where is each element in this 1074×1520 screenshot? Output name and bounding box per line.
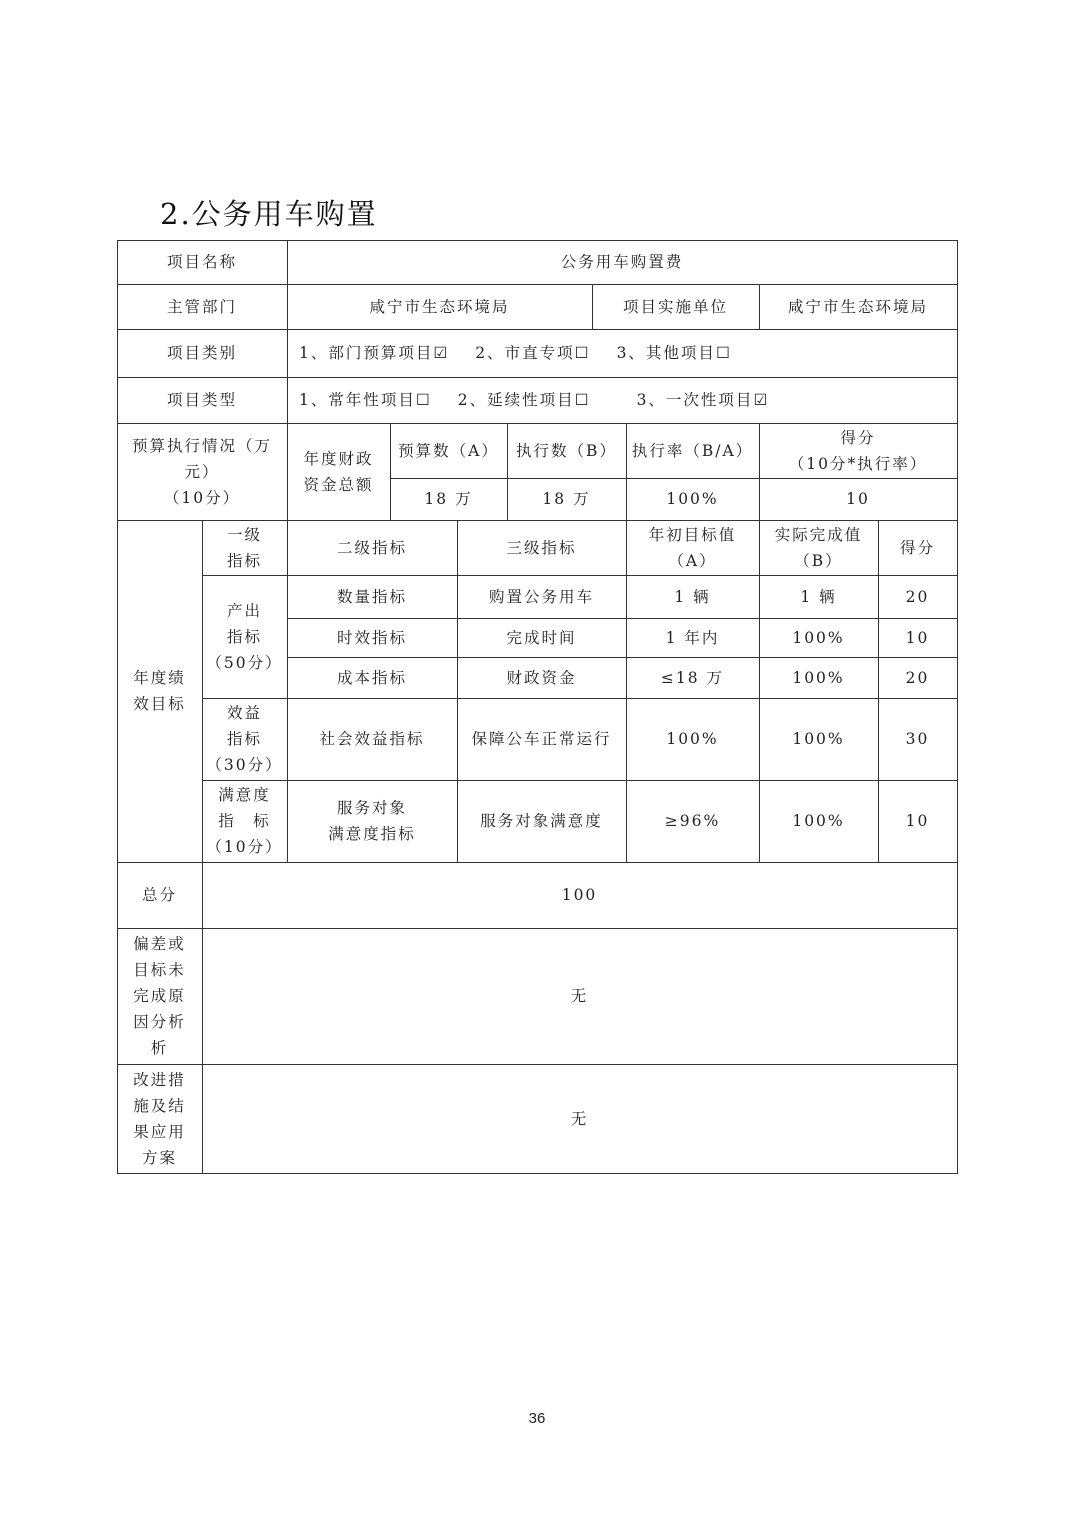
annual-performance-label: 年度绩 效目标: [117, 520, 202, 862]
type-option-one-time: 3、一次性项目☑: [637, 387, 770, 413]
execution-rate-header: 执行率（B/A）: [626, 423, 759, 478]
level3-header: 三级指标: [457, 520, 626, 575]
total-score-value: 100: [202, 862, 957, 928]
annual-fund-label: 年度财政 资金总额: [287, 423, 390, 520]
actual-value-header: 实际完成值 （B）: [759, 520, 878, 575]
level2-header: 二级指标: [287, 520, 457, 575]
impl-unit-label: 项目实施单位: [592, 284, 759, 329]
table-row-score: 10: [878, 618, 957, 657]
table-row-target: 1 辆: [626, 575, 759, 618]
score-header: 得分: [878, 520, 957, 575]
table-row-level2: 社会效益指标: [287, 698, 457, 780]
page-number: 36: [0, 1410, 1074, 1427]
checkbox-unchecked-icon: ☐: [575, 344, 591, 362]
improvement-plan-value: 无: [202, 1064, 957, 1173]
table-row-score: 20: [878, 575, 957, 618]
dept-label: 主管部门: [117, 284, 287, 329]
section-title: 2.公务用车购置: [160, 192, 378, 233]
execution-rate-value: 100%: [626, 478, 759, 520]
total-score-label: 总分: [117, 862, 202, 928]
deviation-analysis-value: 无: [202, 928, 957, 1064]
category-option-city-special: 2、市直专项☐: [475, 340, 590, 366]
table-row-score: 20: [878, 657, 957, 698]
deviation-analysis-label: 偏差或 目标未 完成原 因分析 析: [117, 928, 202, 1064]
budget-execution-label: 预算执行情况（万 元） （10分）: [117, 423, 287, 520]
checkbox-unchecked-icon: ☐: [416, 391, 432, 409]
budget-score-value: 10: [759, 478, 957, 520]
category-options: 1、部门预算项目☑ 2、市直专项☐ 3、其他项目☐: [287, 329, 957, 377]
benefit-indicator-group: 效益 指标 （30分）: [202, 698, 287, 780]
table-row-actual: 100%: [759, 618, 878, 657]
executed-amount-value: 18 万: [507, 478, 626, 520]
checkbox-checked-icon: ☑: [433, 344, 449, 362]
project-name-value: 公务用车购置费: [287, 240, 957, 284]
table-row-level2: 服务对象 满意度指标: [287, 780, 457, 862]
target-value-header: 年初目标值 （A）: [626, 520, 759, 575]
type-option-recurring: 1、常年性项目☐: [299, 387, 432, 413]
table-row-level2: 成本指标: [287, 657, 457, 698]
table-row-actual: 100%: [759, 698, 878, 780]
budget-amount-header: 预算数（A）: [390, 423, 507, 478]
table-row-score: 10: [878, 780, 957, 862]
category-label: 项目类别: [117, 329, 287, 377]
type-options: 1、常年性项目☐ 2、延续性项目☐ 3、一次性项目☑: [287, 377, 957, 423]
level1-header: 一级 指标: [202, 520, 287, 575]
category-option-dept-budget: 1、部门预算项目☑: [299, 340, 449, 366]
table-row-actual: 100%: [759, 657, 878, 698]
executed-amount-header: 执行数（B）: [507, 423, 626, 478]
table-row-level3: 完成时间: [457, 618, 626, 657]
table-row-target: ≤18 万: [626, 657, 759, 698]
checkbox-checked-icon: ☑: [753, 391, 769, 409]
table-row-score: 30: [878, 698, 957, 780]
impl-unit-value: 咸宁市生态环境局: [759, 284, 957, 329]
type-option-continuing: 2、延续性项目☐: [458, 387, 591, 413]
checkbox-unchecked-icon: ☐: [575, 391, 591, 409]
table-row-target: 1 年内: [626, 618, 759, 657]
table-row-target: ≥96%: [626, 780, 759, 862]
budget-amount-value: 18 万: [390, 478, 507, 520]
improvement-plan-label: 改进措 施及结 果应用 方案: [117, 1064, 202, 1173]
budget-score-header: 得分 （10分*执行率）: [759, 423, 957, 478]
table-row-level3: 财政资金: [457, 657, 626, 698]
category-option-other: 3、其他项目☐: [617, 340, 732, 366]
project-name-label: 项目名称: [117, 240, 287, 284]
dept-value: 咸宁市生态环境局: [287, 284, 592, 329]
table-row-level2: 数量指标: [287, 575, 457, 618]
table-row-level2: 时效指标: [287, 618, 457, 657]
satisfaction-indicator-group: 满意度 指 标 （10分）: [202, 780, 287, 862]
table-row-level3: 购置公务用车: [457, 575, 626, 618]
table-row-actual: 100%: [759, 780, 878, 862]
table-row-level3: 服务对象满意度: [457, 780, 626, 862]
type-label: 项目类型: [117, 377, 287, 423]
table-row-target: 100%: [626, 698, 759, 780]
checkbox-unchecked-icon: ☐: [716, 344, 732, 362]
output-indicator-group: 产出 指标 （50分）: [202, 575, 287, 698]
table-row-actual: 1 辆: [759, 575, 878, 618]
table-row-level3: 保障公车正常运行: [457, 698, 626, 780]
